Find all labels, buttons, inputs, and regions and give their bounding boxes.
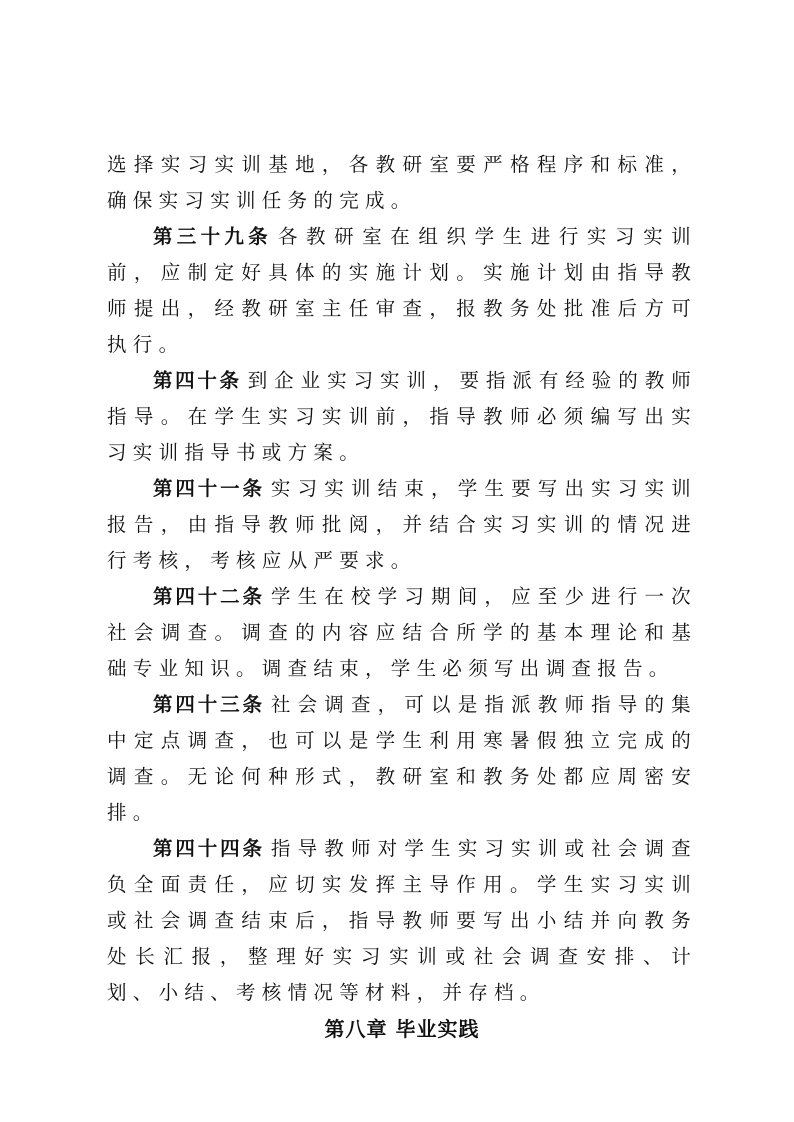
- article-text: 指导教师对学生实习实训或社会调查负全面责任，应切实发挥主导作用。学生实习实训或社…: [107, 837, 697, 1004]
- article-number: 第四十四条: [153, 837, 265, 860]
- article-number: 第四十二条: [153, 585, 265, 608]
- article-44: 第四十四条指导教师对学生实习实训或社会调查负全面责任，应切实发挥主导作用。学生实…: [107, 831, 697, 1011]
- article-number: 第四十条: [153, 369, 242, 392]
- article-number: 第三十九条: [153, 225, 272, 248]
- article-39: 第三十九条各教研室在组织学生进行实习实训前，应制定好具体的实施计划。实施计划由指…: [107, 219, 697, 363]
- chapter-title: 毕业实践: [396, 1017, 480, 1041]
- article-40: 第四十条到企业实习实训，要指派有经验的教师指导。在学生实习实训前，指导教师必须编…: [107, 363, 697, 471]
- article-43: 第四十三条社会调查，可以是指派教师指导的集中定点调查，也可以是学生利用寒暑假独立…: [107, 687, 697, 831]
- chapter-heading: 第八章毕业实践: [107, 1011, 697, 1047]
- chapter-number: 第八章: [325, 1017, 388, 1041]
- paragraph-continuation: 选择实习实训基地，各教研室要严格程序和标准，确保实习实训任务的完成。: [107, 147, 697, 219]
- document-page: 选择实习实训基地，各教研室要严格程序和标准，确保实习实训任务的完成。 第三十九条…: [107, 147, 697, 1047]
- article-41: 第四十一条实习实训结束，学生要写出实习实训报告，由指导教师批阅，并结合实习实训的…: [107, 471, 697, 579]
- article-42: 第四十二条学生在校学习期间，应至少进行一次社会调查。调查的内容应结合所学的基本理…: [107, 579, 697, 687]
- article-number: 第四十三条: [153, 693, 265, 716]
- article-number: 第四十一条: [153, 477, 265, 500]
